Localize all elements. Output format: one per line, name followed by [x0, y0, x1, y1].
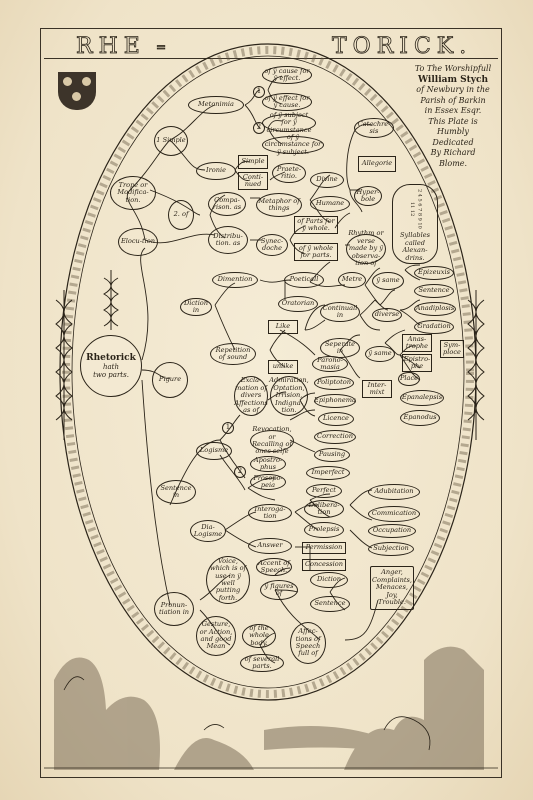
node-distribution: Distribu-tion. as	[208, 226, 248, 254]
node-hyperbole: Hyper-bole	[354, 186, 382, 206]
node-diction: Diction in	[180, 298, 212, 316]
node-prosopopeia: Prosopo-peia	[250, 474, 286, 490]
node-seperate: Seperate in	[320, 338, 360, 358]
node-figure: Figure	[152, 362, 188, 398]
node-communication: Commication	[368, 506, 420, 522]
node-circumstance-for-subject: of ÿ circumstance for ÿ subject.	[262, 136, 324, 154]
node-voice: Voice, which is of use in ÿ well putting…	[206, 556, 250, 604]
node-trope: Trope or Modifica-tion.	[110, 176, 156, 210]
node-comparison: Compa-rison. as	[208, 192, 246, 216]
allegorical-scene	[44, 620, 498, 770]
node-apostrophus: Apostro-phus	[250, 456, 286, 472]
node-logisme: Logisme	[196, 442, 232, 460]
node-ironie: Ironie	[196, 162, 236, 180]
node-repetition-of-sound: Repetition of sound	[210, 343, 256, 365]
node-synecdoche: Synec-doche	[256, 234, 288, 256]
node-poeticall: Poeticall	[284, 272, 324, 288]
node-parts-for-whole: of Parts for ÿ whole.	[294, 216, 338, 234]
node-exclamation: Excla-mation of divers Affections as of	[234, 376, 268, 416]
node-divine: Divine	[310, 172, 344, 188]
node-anadiplosis: Anadiplosis	[414, 302, 456, 316]
node-metonymia: Metonimia	[188, 96, 244, 114]
node-metre: Metre	[338, 272, 366, 288]
marker-logisme-1: 1	[222, 422, 234, 434]
node-subjection: Subjection	[368, 542, 414, 556]
node-humane: Humane	[310, 196, 350, 212]
node-permission: Permission	[302, 542, 346, 554]
node-passions-scroll: Anger, Complaints, Menaces, Joy, Trouble…	[370, 566, 414, 610]
node-simple-box: Simple	[238, 155, 268, 169]
node-concession: Concession	[302, 559, 346, 571]
node-dimention: Dimention	[212, 272, 258, 288]
marker-logisme-2: 2	[234, 466, 246, 478]
node-imperfect: Imperfect	[306, 466, 350, 480]
node-continued-box: Conti-nued	[238, 172, 268, 190]
node-revocation: Revocation, or Recalling of ones selfe	[250, 430, 294, 452]
node-simple-1: 1 Simple	[154, 126, 188, 156]
node-epizeuxis: Epizeuxis	[414, 266, 454, 280]
node-rhythm: Rhythm or verse made by ÿ observa-tion o…	[346, 234, 386, 264]
node-answer: Answer	[248, 538, 292, 554]
node-dialogisme: Dia-Logisme	[190, 520, 226, 542]
node-epistrophe: Epistro-phe	[402, 354, 432, 372]
node-allegorie: Allegorie	[358, 156, 396, 172]
node-whole-for-parts: of ÿ whole for parts.	[294, 243, 338, 261]
node-diction-2: Diction	[310, 572, 348, 588]
node-cause-for-effect: of ÿ cause for ÿ effect.	[262, 66, 312, 84]
node-correction: Correction	[314, 430, 356, 444]
node-subject-for-circumstance: of ÿ subject for ÿ circumstance	[262, 114, 316, 132]
node-pausing: Pausing	[314, 448, 350, 462]
node-praeteritio: Praete-ritio.	[272, 163, 306, 183]
node-anastrophe: Anas-trophe	[402, 334, 432, 352]
node-same-1: ÿ same	[372, 272, 404, 290]
root-node-rhetorick: Rhetorick hath two parts.	[80, 335, 142, 397]
node-epanodus: Epanodus	[400, 410, 440, 426]
node-intermixt: Inter-mixt	[362, 380, 392, 398]
node-adubitation: Adubitation	[368, 484, 420, 500]
node-like: Like	[268, 320, 298, 334]
node-epiphonema: Epiphonema	[314, 394, 356, 408]
node-figures-of: ÿ figures of	[260, 580, 298, 600]
node-accent-of-speech: Accent of Speech.	[256, 558, 292, 576]
node-perfect: Perfect	[306, 484, 342, 498]
node-paronomasia: Parono-masia	[312, 356, 348, 372]
node-catachresis: Catachre-sis	[354, 118, 394, 138]
node-symploce: Sym-ploce	[440, 340, 464, 358]
node-syllables-alexandrins: 2 4 5 6 7 8 9 10 11 12 Syllables called …	[392, 184, 438, 264]
node-gradation: Gradation	[414, 320, 454, 334]
node-prolepsis: Prolepsis	[304, 522, 344, 538]
node-same-2: ÿ same	[365, 346, 395, 362]
node-admiration: Admiration, Optation, Irrision, Indigna-…	[270, 376, 308, 416]
node-place: Place	[398, 372, 420, 386]
node-sentence-2: Sentence	[310, 596, 350, 612]
node-occupation: Occupation	[368, 524, 416, 538]
node-elocution: Elocu-tion	[118, 228, 158, 256]
node-deliberation: Delibera-tion	[304, 500, 344, 518]
node-effect-for-cause: of ÿ effect for ÿ cause.	[262, 93, 312, 111]
node-licence: Licence	[318, 412, 354, 426]
node-epanalepsis: Epanalepsis	[400, 390, 444, 406]
node-diverse: diverse	[372, 308, 402, 322]
node-sentence-r: Sentence	[414, 284, 454, 298]
node-continuall: Continuall in	[320, 302, 360, 322]
node-oratorian: Oratorian	[278, 296, 318, 312]
node-2-of: 2. of	[168, 200, 194, 230]
node-sentence-in: Sentence in	[156, 480, 196, 504]
node-interrogation: Interoga-tion	[248, 504, 292, 522]
node-poliptoton: Poliptoton	[314, 376, 354, 390]
node-unlike: unlike	[268, 360, 298, 374]
node-metaphor: Metaphor of things	[256, 193, 302, 217]
